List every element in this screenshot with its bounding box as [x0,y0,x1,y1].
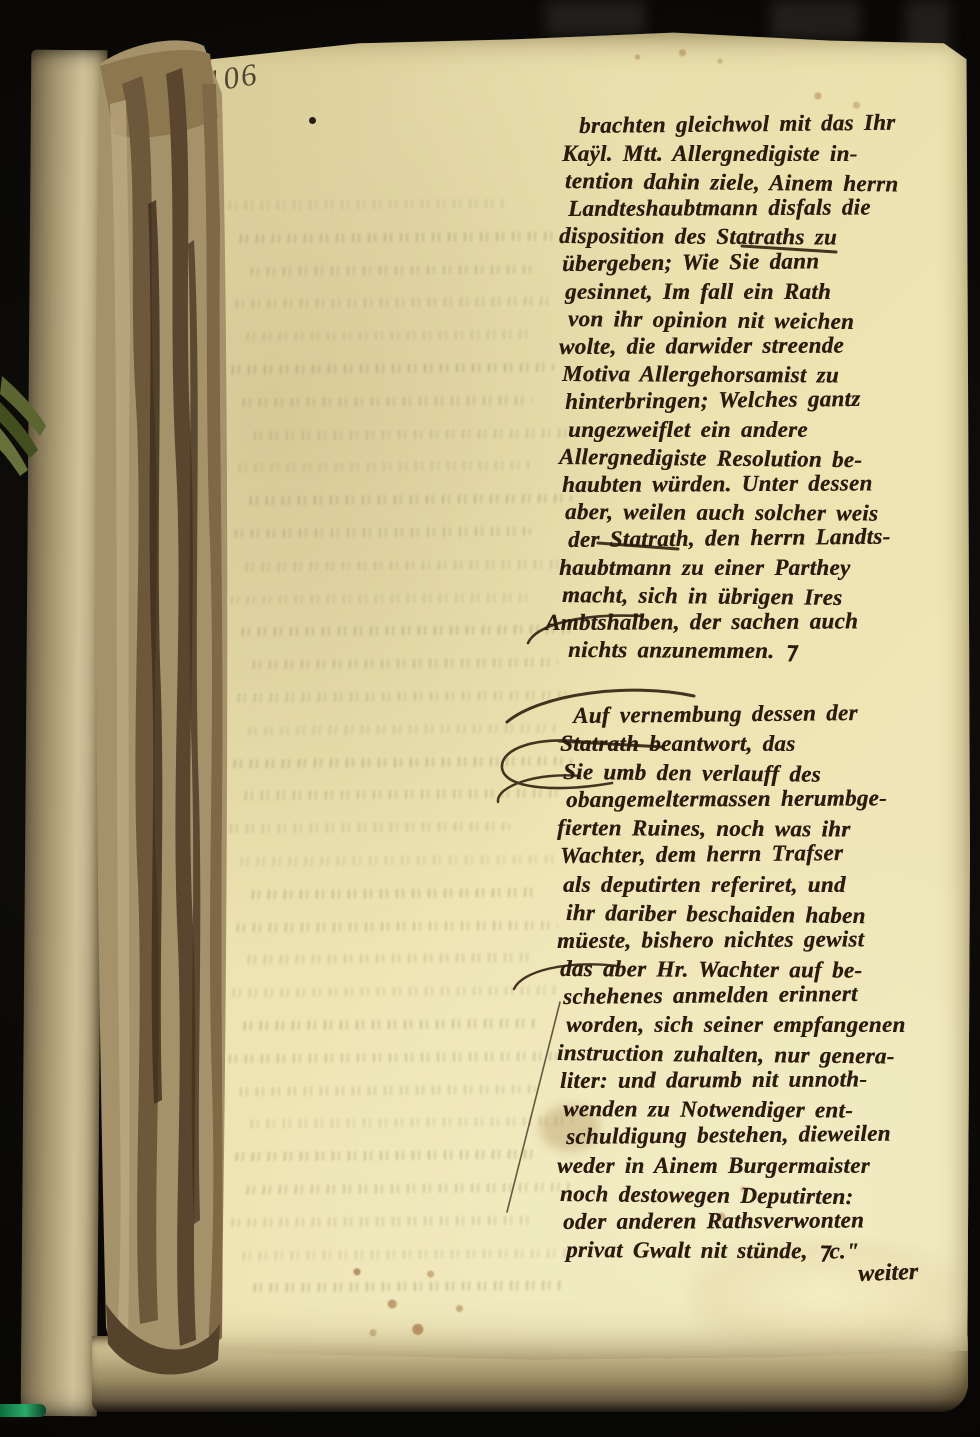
backdrop-light-band [770,0,860,40]
manuscript-line: brachten gleichwol mit das Ihr [579,109,913,140]
manuscript-line: hinterbringen; Welches gantz [565,384,899,415]
manuscript-line: müeste, bishero nichtes gewist [557,925,897,955]
manuscript-line: übergeben; Wie Sie dann [562,246,896,277]
manuscript-line: liter: und darumb nit unnoth- [560,1065,900,1095]
catchword: weiter [858,1259,919,1288]
manuscript-line: Auf vernembung dessen der [573,698,913,730]
manuscript-line: haubten würden. Unter dessen [562,469,896,498]
manuscript-line: worden, sich seiner empfangenen [566,1011,905,1039]
manuscript-line: weder in Ainem Burgermaister [557,1152,896,1180]
manuscript-line: Landteshaubtmann disfals die [568,193,902,222]
manuscript-line: Ambtshalben, der sachen auch [545,607,879,636]
manuscript-line: ungezweiflet ein andere [568,416,901,444]
backdrop-light-band [545,0,645,36]
damaged-page-edges [70,24,245,1399]
manuscript-line: Wachter, dem herrn Trafser [560,839,900,871]
manuscript-line: nichts anzunemmen. ⁊ [568,636,902,665]
manuscript-line: Kaÿl. Mtt. Allergnedigiste in- [562,140,895,168]
manuscript-photo: 106 brachten gleichwol mit das IhrKaÿl. … [0,0,980,1437]
manuscript-line: als deputirten referiret, und [563,871,902,899]
manuscript-line: wolte, die darwider streende [559,331,893,360]
green-marker-strip [0,1404,46,1417]
manuscript-line: privat Gwalt nit stünde, ⁊c." [566,1236,906,1266]
manuscript-line: oder anderen Rathsverwonten [563,1206,903,1236]
paragraph-1: brachten gleichwol mit das IhrKaÿl. Mtt.… [559,112,892,664]
green-bookmark-ribbon [0,362,54,486]
manuscript-line: gesinnet, Im fall ein Rath [565,278,898,306]
manuscript-line: schuldigung bestehen, dieweilen [566,1120,906,1152]
manuscript-line: der Statrath, den herrn Landts- [568,522,902,553]
manuscript-line: haubtmann zu einer Parthey [559,554,892,582]
paragraph-2: Auf vernembung dessen derStatrath beantw… [557,702,896,1264]
manuscript-line: obangemeltermassen herumbge- [566,785,906,815]
manuscript-line: schehenes anmelden erinnert [563,979,903,1011]
manuscript-line: Statrath beantwort, das [560,730,899,758]
